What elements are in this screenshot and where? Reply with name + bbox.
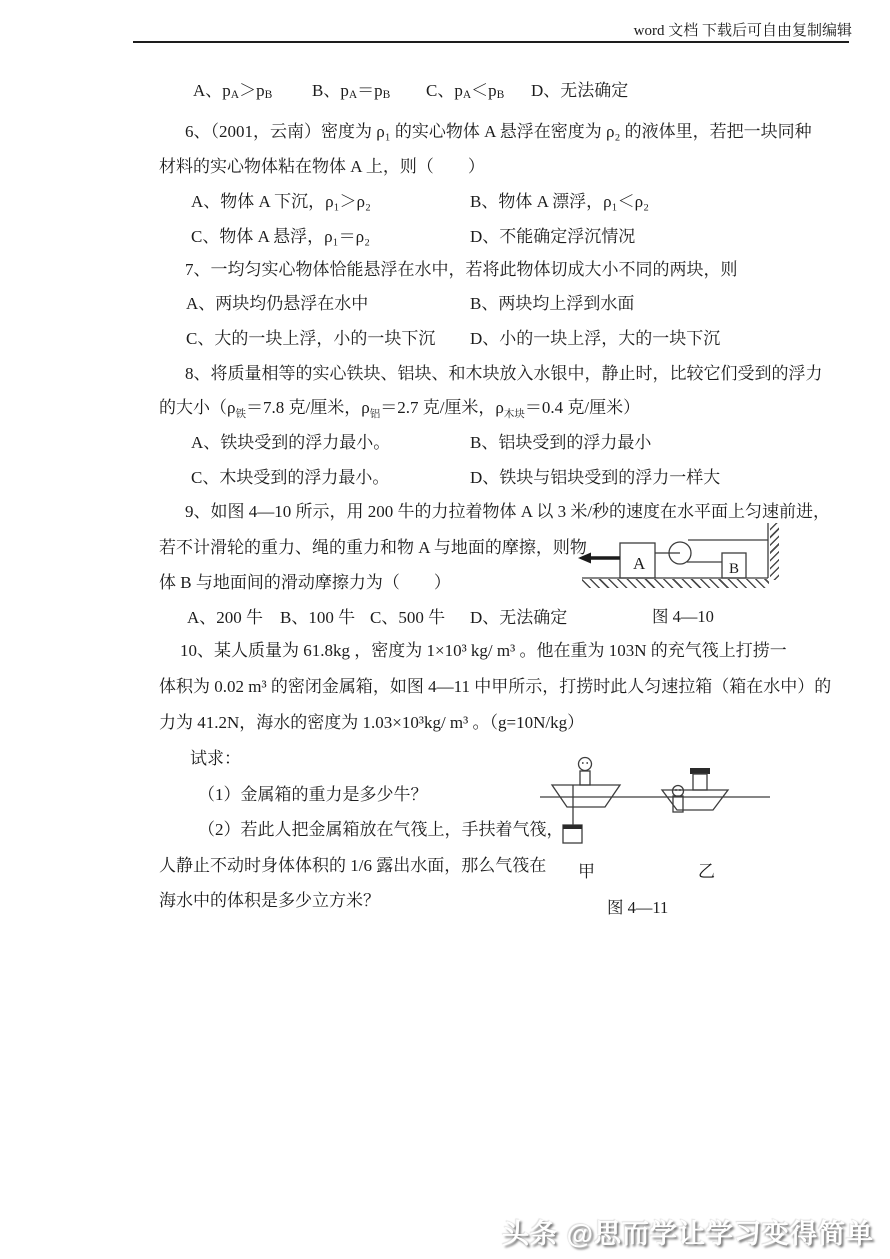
metal-box-yi [693, 774, 707, 790]
q5-option-d: D、无法确定 [531, 80, 628, 102]
q10-line-3: 力为 41.2N，海水的密度为 1.03×10³kg/ m³ 。（g=10N/k… [159, 712, 584, 734]
person-jia-eye [582, 762, 584, 764]
q6-option-c: C、物体 A 悬浮，ρ₁＝ρ₂ [191, 226, 370, 248]
wall-hatching [770, 523, 779, 580]
raft-yi-label: 乙 [698, 857, 715, 882]
q7-line-1: 7、一均匀实心物体恰能悬浮在水中，若将此物体切成大小不同的两块，则 [185, 259, 738, 281]
q9-option-c: C、500 牛 [370, 607, 445, 629]
document-page: word 文档 下载后可自由复制编辑 A、pA＞pB B、pA＝pB C、pA＜… [0, 0, 890, 1259]
figure-4-10: A B [573, 520, 863, 625]
q6-line-2: 材料的实心物体粘在物体 A 上，则（ ） [159, 156, 485, 178]
q8-line-2: 的大小（ρ铁＝7.8 克/厘米，ρ铝＝2.7 克/厘米，ρ木块＝0.4 克/厘米… [159, 397, 640, 426]
person-yi-eye [675, 789, 677, 791]
q5-option-b: B、pA＝pB [312, 80, 390, 106]
q8-option-c: C、木块受到的浮力最小。 [191, 467, 389, 489]
ground-hatching [582, 579, 769, 588]
figure-4-10-caption: 图 4—10 [652, 603, 714, 627]
q8-option-d: D、铁块与铝块受到的浮力一样大 [470, 467, 720, 489]
person-jia-eye [586, 762, 588, 764]
raft-jia-label: 甲 [578, 857, 595, 882]
q6-option-b: B、物体 A 漂浮，ρ₁＜ρ₂ [470, 191, 649, 213]
q10-item-2: （2）若此人把金属箱放在气筏上，手扶着气筏， [198, 819, 564, 841]
metal-box-yi-lid [690, 768, 710, 774]
q6-option-a: A、物体 A 下沉，ρ₁＞ρ₂ [191, 191, 371, 213]
q10-item-2b: 人静止不动时身体体积的 1/6 露出水面，那么气筏在 [159, 855, 546, 877]
force-arrow-head [578, 553, 591, 564]
person-yi-head-icon [673, 786, 684, 797]
watermark: 头条 @思而学让学习变得简单 [502, 1212, 874, 1251]
raft-jia [552, 785, 620, 807]
q7-option-d: D、小的一块上浮，大的一块下沉 [470, 328, 720, 350]
q9-option-d: D、无法确定 [470, 607, 567, 629]
q5-option-a: A、pA＞pB [193, 80, 272, 106]
q10-line-1: 10、某人质量为 61.8kg ，密度为 1×10³ kg/ m³ 。他在重为 … [180, 640, 787, 662]
q9-option-b: B、100 牛 [280, 607, 355, 629]
q8-option-a: A、铁块受到的浮力最小。 [191, 432, 390, 454]
block-b-label: B [729, 561, 739, 577]
q8-option-b: B、铝块受到的浮力最小 [470, 432, 651, 454]
q9-option-a: A、200 牛 [187, 607, 263, 629]
q9-line-3: 体 B 与地面间的滑动摩擦力为（ ） [159, 572, 451, 594]
metal-box-jia-lid [563, 825, 582, 829]
q10-item-1: （1）金属箱的重力是多少牛？ [198, 784, 428, 806]
q6-option-d: D、不能确定浮沉情况 [470, 226, 635, 248]
header-rule [133, 41, 849, 43]
block-a-label: A [633, 554, 646, 573]
figure-4-11-caption: 图 4—11 [607, 894, 668, 918]
q7-option-a: A、两块均仍悬浮在水中 [186, 293, 368, 315]
raft-yi [662, 790, 728, 810]
person-jia-body [580, 771, 590, 785]
q5-option-c: C、pA＜pB [426, 80, 504, 106]
q6-line-1: 6、（2001，云南）密度为 ρ₁ 的实心物体 A 悬浮在密度为 ρ₂ 的液体里… [185, 121, 812, 143]
q10-line-2: 体积为 0.02 m³ 的密闭金属箱，如图 4—11 中甲所示，打捞时此人匀速拉… [159, 676, 831, 698]
person-jia-head-icon [579, 758, 592, 771]
q10-ask: 试求： [190, 748, 241, 770]
header-title: word 文档 下载后可自由复制编辑 [634, 19, 852, 40]
q8-line-1: 8、将质量相等的实心铁块、铝块、和木块放入水银中，静止时，比较它们受到的浮力 [185, 363, 823, 385]
person-yi-eye [679, 789, 681, 791]
q10-item-2c: 海水中的体积是多少立方米？ [159, 890, 380, 912]
q7-option-c: C、大的一块上浮，小的一块下沉 [186, 328, 435, 350]
q9-line-2: 若不计滑轮的重力、绳的重力和物 A 与地面的摩擦，则物 [159, 537, 587, 559]
q7-option-b: B、两块均上浮到水面 [470, 293, 634, 315]
